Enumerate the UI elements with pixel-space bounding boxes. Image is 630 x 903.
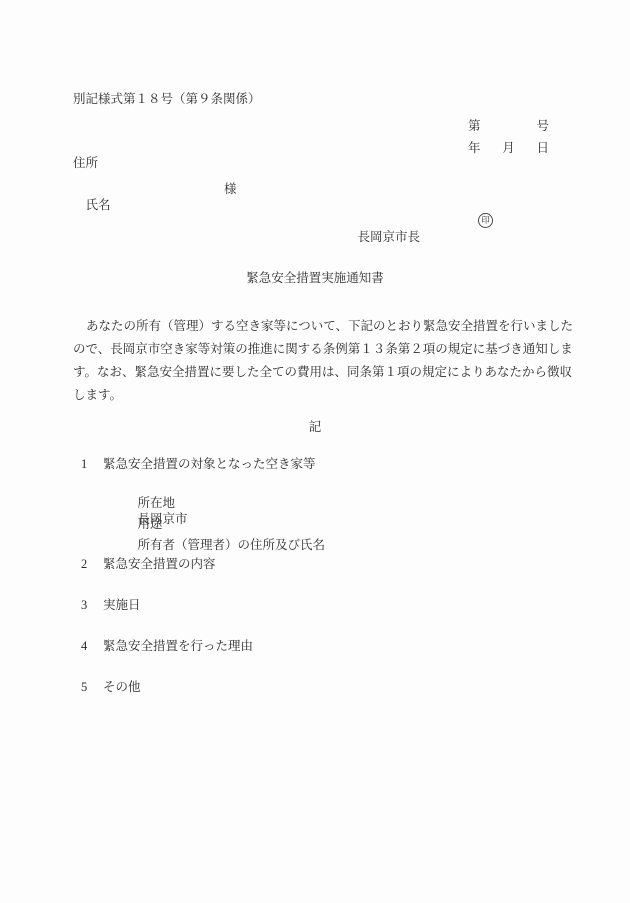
seal-character: 印 bbox=[481, 216, 490, 225]
item-number: 2 bbox=[81, 556, 87, 572]
body-line: あなたの所有（管理）する空き家等について、下記のとおり緊急安全措置を行いました bbox=[73, 318, 563, 334]
item-number: 5 bbox=[81, 679, 87, 695]
date-year-label: 年 bbox=[468, 140, 481, 156]
name-label: 氏名 bbox=[86, 198, 111, 212]
record-heading: 記 bbox=[0, 419, 630, 435]
form-number: 別記様式第１８号（第９条関係） bbox=[73, 91, 563, 107]
body-line: ので、長岡京市空き家等対策の推進に関する条例第１３条第２項の規定に基づき通知しま bbox=[73, 341, 563, 357]
item-label: 緊急安全措置を行った理由 bbox=[103, 638, 253, 654]
item-number: 4 bbox=[81, 638, 87, 654]
seal-icon: 印 bbox=[478, 213, 493, 228]
document-number-line: 第 号 bbox=[468, 118, 549, 134]
sender-line: 長岡京市長 印 bbox=[345, 213, 565, 277]
body-line: す。なお、緊急安全措置に要した全ての費用は、同条第１項の規定によりあなたから徴収 bbox=[73, 364, 563, 380]
item-label: 緊急安全措置の内容 bbox=[103, 556, 216, 572]
date-month-label: 月 bbox=[502, 140, 515, 156]
detail-label: 所有者（管理者）の住所及び氏名 bbox=[138, 537, 326, 553]
document-title: 緊急安全措置実施通知書 bbox=[0, 270, 630, 286]
item-number: 1 bbox=[81, 456, 87, 472]
document-number-prefix: 第 bbox=[468, 118, 481, 134]
address-label: 住所 bbox=[73, 155, 563, 171]
sender-name: 長岡京市長 bbox=[358, 230, 421, 244]
date-line: 年 月 日 bbox=[468, 140, 549, 156]
list-item-5: 5 その他 bbox=[73, 679, 563, 743]
item-label: 実施日 bbox=[103, 597, 141, 613]
item-number: 3 bbox=[81, 597, 87, 613]
item-label: 緊急安全措置の対象となった空き家等 bbox=[103, 456, 316, 472]
date-day-label: 日 bbox=[536, 140, 549, 156]
item-label: その他 bbox=[103, 679, 141, 695]
document-page: 別記様式第１８号（第９条関係） 第 号 年 月 日 住所 氏名 様 長岡京市長 … bbox=[0, 0, 630, 903]
document-number-suffix: 号 bbox=[536, 118, 549, 134]
body-line: します。 bbox=[73, 387, 563, 403]
honorific-label: 様 bbox=[224, 181, 237, 197]
